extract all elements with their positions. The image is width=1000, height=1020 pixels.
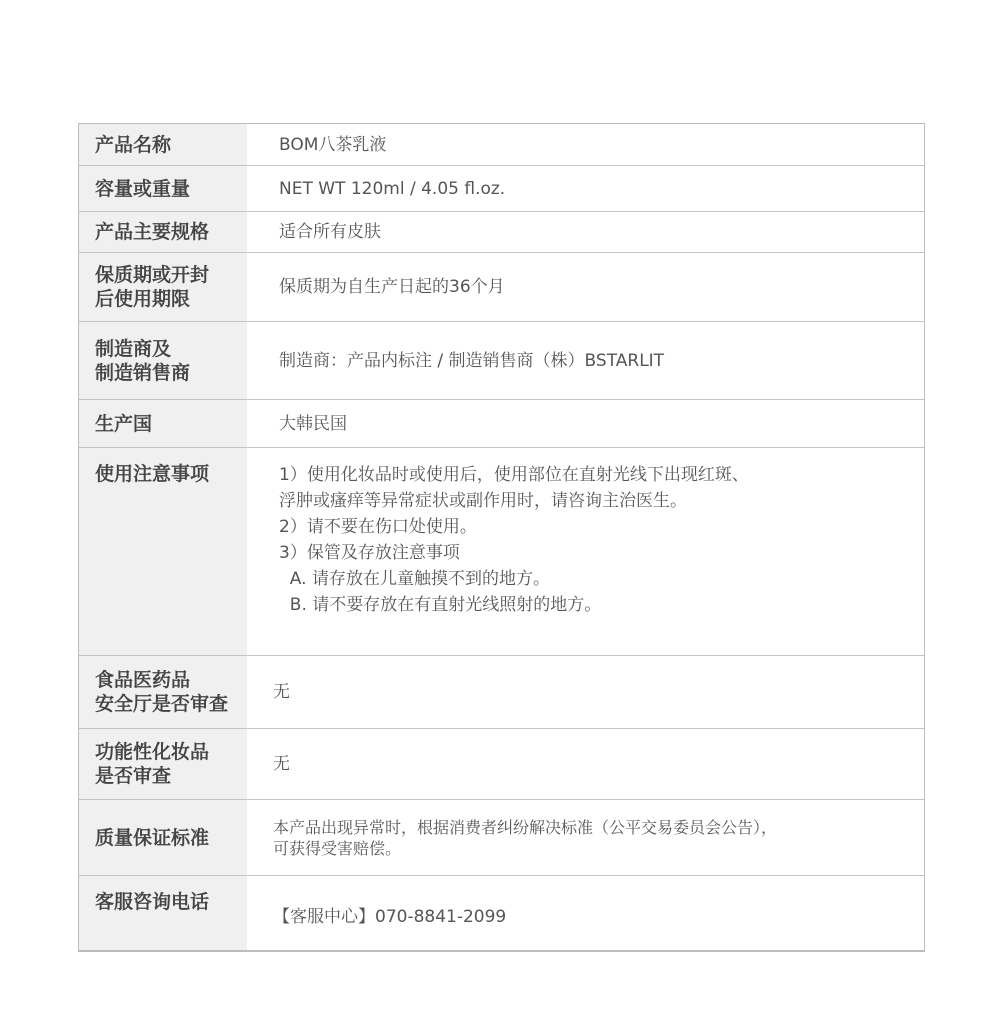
table-row-functional-review: 功能性化妆品 是否审查 无 (79, 728, 924, 799)
row-value: 适合所有皮肤 (247, 212, 924, 252)
table-row-mfds-review: 食品医药品 安全厅是否审查 无 (79, 655, 924, 728)
table-row-quality-standard: 质量保证标准 本产品出现异常时，根据消费者纠纷解决标准（公平交易委员会公告）， … (79, 799, 924, 875)
value-line: B. 请不要存放在有直射光线照射的地方。 (279, 592, 749, 618)
row-label: 使用注意事项 (79, 448, 247, 655)
value-line: A. 请存放在儿童触摸不到的地方。 (279, 566, 749, 592)
row-value: 无 (247, 656, 924, 728)
row-value: 制造商：产品内标注 / 制造销售商（株）BSTARLIT (247, 322, 924, 399)
value-line: 3）保管及存放注意事项 (279, 540, 749, 566)
row-value: 1）使用化妆品时或使用后，使用部位在直射光线下出现红斑、 浮肿或瘙痒等异常症状或… (247, 448, 924, 655)
row-value: BOM八茶乳液 (247, 124, 924, 165)
row-label: 保质期或开封 后使用期限 (79, 253, 247, 321)
row-value: 大韩民国 (247, 400, 924, 447)
table-row-country: 生产国 大韩民国 (79, 399, 924, 447)
row-value: NET WT 120ml / 4.05 fl.oz. (247, 166, 924, 211)
row-label: 生产国 (79, 400, 247, 447)
row-label: 食品医药品 安全厅是否审查 (79, 656, 247, 728)
value-line: 1）使用化妆品时或使用后，使用部位在直射光线下出现红斑、 (279, 462, 749, 488)
row-label: 制造商及 制造销售商 (79, 322, 247, 399)
table-row-product-name: 产品名称 BOM八茶乳液 (79, 124, 924, 165)
table-row-customer-service: 客服咨询电话 【客服中心】070-8841-2099 (79, 875, 924, 950)
label-line: 制造销售商 (95, 361, 190, 385)
value-line: 浮肿或瘙痒等异常症状或副作用时，请咨询主治医生。 (279, 488, 749, 514)
table-row-capacity: 容量或重量 NET WT 120ml / 4.05 fl.oz. (79, 165, 924, 211)
label-line: 后使用期限 (95, 287, 209, 311)
value-line: 可获得受害赔偿。 (273, 838, 777, 859)
row-label: 质量保证标准 (79, 800, 247, 875)
row-label: 功能性化妆品 是否审查 (79, 729, 247, 799)
value-line: 本产品出现异常时，根据消费者纠纷解决标准（公平交易委员会公告）， (273, 817, 777, 838)
product-info-table: 产品名称 BOM八茶乳液 容量或重量 NET WT 120ml / 4.05 f… (78, 123, 925, 952)
row-value: 【客服中心】070-8841-2099 (247, 876, 924, 950)
table-row-spec: 产品主要规格 适合所有皮肤 (79, 211, 924, 252)
label-line: 保质期或开封 (95, 263, 209, 287)
table-row-shelf-life: 保质期或开封 后使用期限 保质期为自生产日起的36个月 (79, 252, 924, 321)
row-label: 产品主要规格 (79, 212, 247, 252)
row-label: 客服咨询电话 (79, 876, 247, 950)
label-line: 功能性化妆品 (95, 740, 209, 764)
label-line: 制造商及 (95, 337, 190, 361)
label-line: 安全厅是否审查 (95, 692, 228, 716)
value-line: 2）请不要在伤口处使用。 (279, 514, 749, 540)
row-label: 容量或重量 (79, 166, 247, 211)
label-line: 食品医药品 (95, 668, 228, 692)
row-value: 保质期为自生产日起的36个月 (247, 253, 924, 321)
table-row-precautions: 使用注意事项 1）使用化妆品时或使用后，使用部位在直射光线下出现红斑、 浮肿或瘙… (79, 447, 924, 655)
row-value: 无 (247, 729, 924, 799)
label-line: 是否审查 (95, 764, 209, 788)
table-row-manufacturer: 制造商及 制造销售商 制造商：产品内标注 / 制造销售商（株）BSTARLIT (79, 321, 924, 399)
row-label: 产品名称 (79, 124, 247, 165)
row-value: 本产品出现异常时，根据消费者纠纷解决标准（公平交易委员会公告）， 可获得受害赔偿… (247, 800, 924, 875)
